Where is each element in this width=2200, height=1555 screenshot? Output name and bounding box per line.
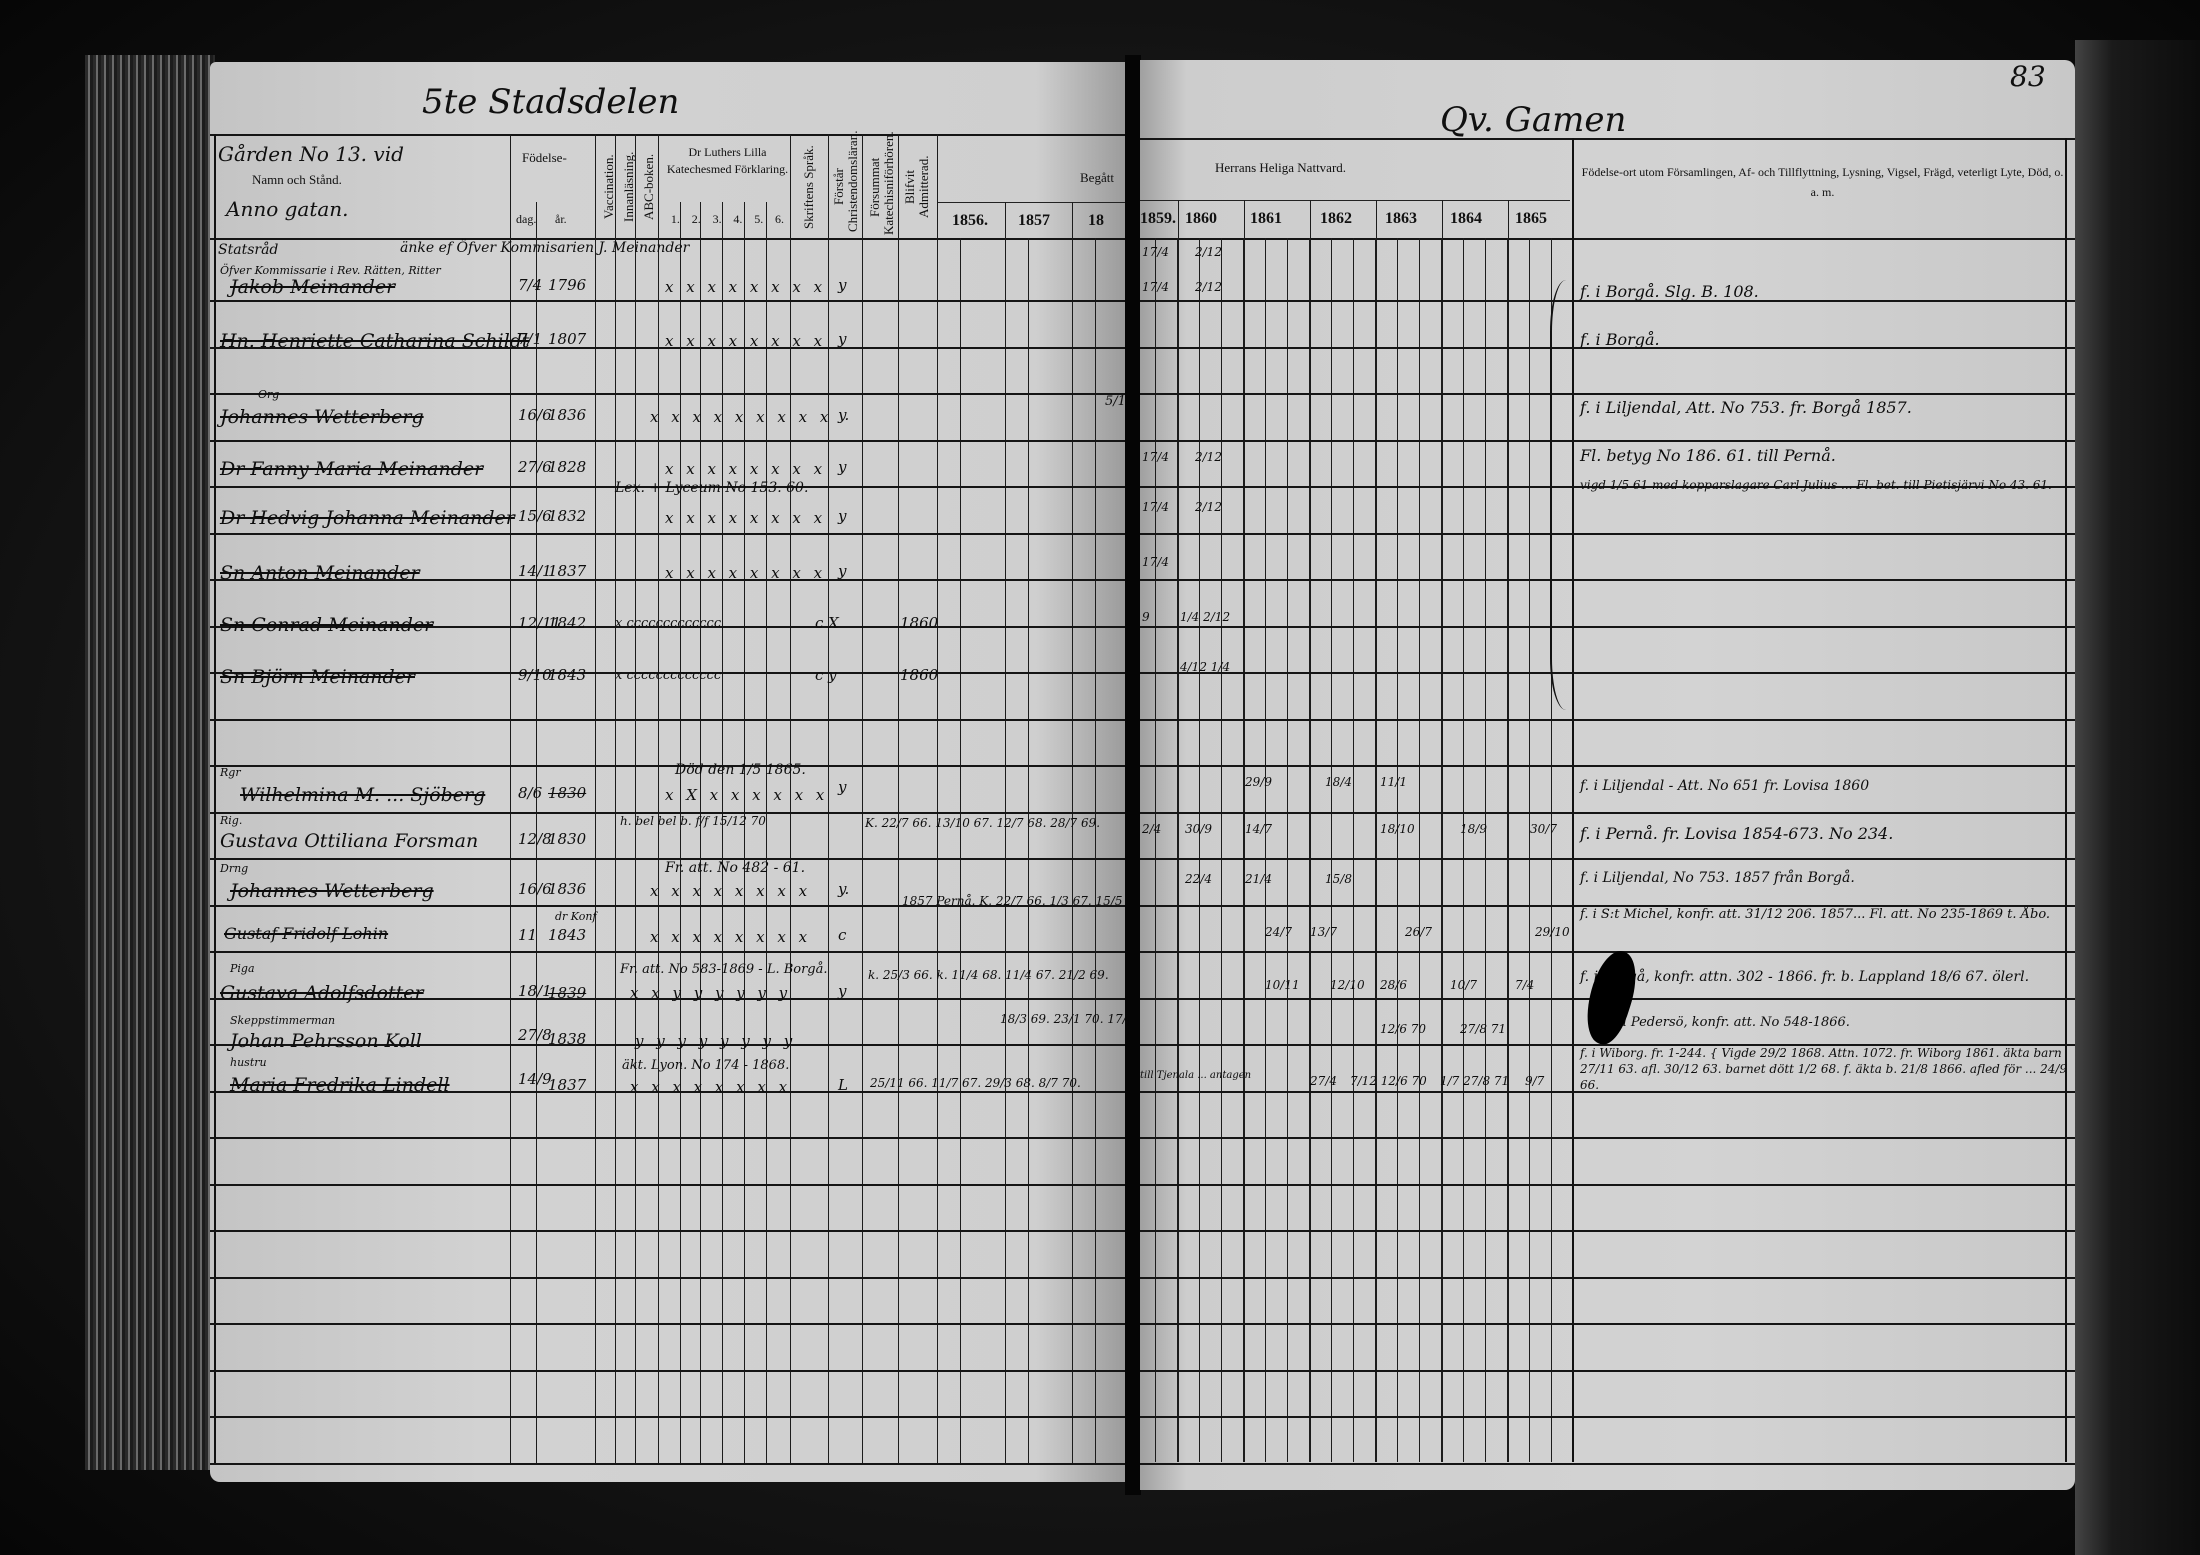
row-rule [1140,626,2075,628]
birth-year: 1807 [548,330,586,348]
communion-1859: till Tjenala ... antagen [1140,1070,1251,1081]
communion-1865: 9/7 [1525,1074,1544,1088]
communion-1863: 12/6 70 [1380,1022,1426,1036]
person-name: Dr Hedvig Johanna Meinander [220,507,515,529]
birth-day: 16/6 [518,880,552,898]
birth-day: 7/1 [518,330,542,348]
birth-year: 1838 [548,1030,586,1048]
person-name: Hn. Henriette Catharina Schildt [220,330,530,352]
year-1856: 1856. [952,212,988,230]
row-title: hustru [230,1056,267,1069]
row-rule [210,1463,1128,1465]
row-rule [210,719,1128,721]
catechism-part: 1. [671,212,680,227]
address-line2: Anno gatan. [226,197,349,221]
birth-year: 1842 [548,614,586,632]
scripture-mark: L [838,1076,848,1094]
grid-line [1376,200,1377,1462]
person-name: Johan Pehrsson Koll [230,1030,422,1052]
communion-1859: 17/4 [1142,245,1169,259]
grid-line [1005,202,1006,1464]
catechism-marks: x x x x x x x x [665,564,826,582]
page-number: 83 [2010,60,2046,93]
grid-line [2065,138,2067,1462]
communion-notes: K. 22/7 66. 13/10 67. 12/7 68. 28/7 69. [865,816,1100,830]
grid-line [1028,238,1029,1464]
scripture-mark: c [838,926,846,944]
row-note: änke ef Öfver Kommisarien J. Meinander [400,240,689,256]
remark: vigd 1/5 61 med kopparslagare Carl Juliu… [1580,478,2070,493]
communion-1864: 1/7 27/8 71 [1440,1074,1509,1088]
row-note: dr Konf [555,910,597,923]
scripture-mark: y. [838,880,849,898]
communion-1860: 2/12 [1195,280,1222,294]
name-column-header: Namn och Stånd. [252,172,342,188]
row-note: Lex. + Lyceum No 153. 60. [615,480,808,496]
catechism-marks: x x x x x x x x [630,1078,791,1096]
communion-1859: 17/4 [1142,500,1169,514]
person-name: Jakob Meinander [230,276,395,298]
right-section-title: Qv. Gamen [1440,100,1626,140]
grid-line [744,202,745,1464]
row-rule [210,393,1128,395]
catechism-marks: x ccccccccccccc [615,668,721,683]
communion-1860: 1/4 2/12 [1180,610,1230,624]
birth-day: 11 [518,926,537,944]
remark: f. i S:t Michel, konfr. att. 31/12 206. … [1580,906,2070,924]
communion-1863: 28/6 [1380,978,1407,992]
admitted-year: 1860 [900,614,938,632]
person-name: Johannes Wetterberg [230,880,434,902]
communion-1861: 14/7 [1245,822,1272,836]
grid-line [960,238,961,1464]
row-note: äkt. Lyon. No 174 - 1868. [622,1058,789,1073]
communion-1862: 13/7 [1310,925,1337,939]
book-spine [1125,55,1141,1495]
row-rule [210,1230,1128,1232]
person-name: Gustava Ottiliana Forsman [220,830,478,852]
communion-1864: 27/8 71 [1460,1022,1506,1036]
row-rule [1140,765,2075,767]
reading-header: Innanläsning. [622,142,636,232]
grid-line [1508,200,1509,1462]
communion-1859: 17/4 [1142,450,1169,464]
remark: Fl. betyg No 186. 61. till Pernå. [1580,446,1836,465]
birth-year: 1836 [548,406,586,424]
communion-1864: 10/7 [1450,978,1477,992]
right-page-edge [2075,40,2200,1555]
header-bottom-rule [1140,238,2075,240]
row-rule [1140,951,2075,953]
row-title: Drng [220,862,248,875]
scripture-mark: y. [838,406,849,424]
catechism-part: 4. [733,212,742,227]
birth-day: 15/6 [518,507,552,525]
catechism-marks: y y y y y y y y [635,1032,796,1050]
year-subheader-rule [937,202,1128,203]
birth-year: 1796 [548,276,586,294]
left-section-title: 5te Stadsdelen [422,82,679,122]
row-title: Skeppstimmerman [230,1014,335,1027]
birth-day: 14/1 [518,562,552,580]
communion-header: Herrans Heliga Nattvard. [1215,160,1346,176]
row-rule [210,440,1128,442]
scripture-mark: y [838,562,846,580]
row-title: Statsråd [218,242,278,258]
grid-line [937,134,938,1464]
catechism-marks: x x x x x x x x [665,278,826,296]
admitted-year: 1860 [900,666,938,684]
communion-1860: 2/12 [1195,450,1222,464]
row-note: Fr. att. No 583-1869 - L. Borgå. [620,962,828,977]
communion-1859: 17/4 [1142,280,1169,294]
remark: f. i Pedersö, konfr. att. No 548-1866. [1610,1015,1850,1030]
row-rule [1140,579,2075,581]
address-line1: Gården No 13. vid [218,142,404,166]
person-name: Wilhelmina M. ... Sjöberg [240,784,485,806]
person-name: Johannes Wetterberg [220,406,424,428]
year-1859: 1859. [1140,210,1176,228]
row-rule [210,765,1128,767]
year-1864: 1864 [1450,210,1482,228]
missed-catechism-header: Försummat Katechisniförhören. [868,140,896,235]
communion-notes: 1857 Pernå. K. 22/7 66. 1/3 67. 15/5 69. [902,894,1128,908]
row-rule [1140,1463,2075,1465]
year-1858: 18 [1088,212,1104,230]
year-1861: 1861 [1250,210,1282,228]
communion-1862: 18/4 [1325,775,1352,789]
row-rule [1140,1184,2075,1186]
grid-line [635,134,636,1464]
row-rule [210,533,1128,535]
remark: f. i Wiborg. fr. 1-244. { Vigde 29/2 186… [1580,1045,2070,1093]
right-page: Qv. Gamen 83 Herrans Heliga Nattvard. Fö… [1140,60,2075,1490]
remark: f. i Borgå, konfr. attn. 302 - 1866. fr.… [1580,968,2070,986]
communion-1861: 29/9 [1245,775,1272,789]
christianity-header: Förstår Christendomsläran. [832,142,860,232]
communion-1862: 12/10 [1330,978,1365,992]
scripture-mark: y [838,276,846,294]
row-rule [1140,672,2075,674]
communion-1860: 2/12 [1195,500,1222,514]
scripture-mark: y [838,458,846,476]
birth-day: 12/8 [518,830,552,848]
grid-line [214,134,216,1464]
grid-line [898,134,899,1464]
row-rule [210,1137,1128,1139]
birth-day: 8/6 [518,784,542,802]
birth-day: 16/6 [518,406,552,424]
communion-1863: 7/12 12/6 70 [1350,1074,1427,1088]
communion-1865: 30/7 [1530,822,1557,836]
communion-1863: 11/1 [1380,775,1407,789]
remark: f. i Borgå. Slg. B. 108. [1580,282,1759,301]
remark: f. i Liljendal - Att. No 651 fr. Lovisa … [1580,778,1869,794]
birth-year: 1843 [548,666,586,684]
left-page: 5te Stadsdelen Gården No 13. vid Namn oc… [210,62,1128,1482]
communion-notes: 25/11 66. 11/7 67. 29/3 68. 8/7 70. [870,1076,1081,1090]
grid-line [615,134,616,1464]
catechism-marks: x ccccccccccccc [615,616,721,631]
scripture-mark: y [838,982,846,1000]
catechism-part: 5. [754,212,763,227]
row-rule [1140,1416,2075,1418]
row-rule [1140,1323,2075,1325]
birth-year: 1830 [548,784,586,802]
birth-day: 9/10 [518,666,552,684]
grid-line [766,202,767,1464]
communion-1859: 9 [1142,610,1150,624]
catechism-part: 6. [775,212,784,227]
person-name: Dr Fanny Maria Meinander [220,458,483,480]
remarks-header: Födelse-ort utom Församlingen, Af- och T… [1580,162,2065,202]
remark: f. i Liljendal, Att. No 753. fr. Borgå 1… [1580,398,1912,417]
row-rule [1140,1277,2075,1279]
admitted-header: Blifvit Admitterad. [903,142,931,232]
year-1857: 1857 [1018,212,1050,230]
remark: f. i Pernå. fr. Lovisa 1854-673. No 234. [1580,824,1893,843]
birth-day: 18/1 [518,982,552,1000]
grid-line [1178,200,1179,1462]
row-rule [1140,1137,2075,1139]
person-name: Gustava Adolfsdotter [220,982,424,1004]
row-rule [1140,812,2075,814]
remark: f. i Liljendal, No 753. 1857 från Borgå. [1580,870,1855,886]
grid-line [862,134,863,1464]
scripture-mark: y [838,507,846,525]
row-title: Rig. [220,814,242,827]
row-rule [210,1416,1128,1418]
person-name: Sn Björn Meinander [220,666,415,688]
row-rule [210,300,1128,302]
catechism-marks: x X x x x x x x [665,786,828,804]
communion-1862: 15/8 [1325,872,1352,886]
grid-line [1310,200,1311,1462]
communion-1859: 2/4 [1142,822,1161,836]
communion-notes: k. 25/3 66. k. 11/4 68. 11/4 67. 21/2 69… [868,968,1109,982]
scripture-mark: y [838,778,846,796]
communion-1860: 22/4 [1185,872,1212,886]
row-rule [1140,719,2075,721]
birth-day-header: dag. [516,212,536,227]
scripture-header: Skriftens Språk. [802,142,816,232]
grid-line [1072,202,1073,1464]
catechism-marks: x x x x x x x x [665,509,826,527]
birth-year: 1828 [548,458,586,476]
communion-1860: 4/12 1/4 [1180,660,1230,674]
birth-year: 1837 [548,562,586,580]
year-1863: 1863 [1385,210,1417,228]
abc-header: ABC-boken. [642,142,656,232]
remark: f. i Borgå. [1580,330,1660,349]
catechism-marks: h. bel bel b. f/f 15/12 70 [620,814,766,828]
row-rule [210,1370,1128,1372]
person-name: Sn Conrad Meinander [220,614,433,636]
row-rule [210,1184,1128,1186]
communion-1863: 18/10 [1380,822,1415,836]
year-1860: 1860 [1185,210,1217,228]
row-rule [1140,1370,2075,1372]
birth-year: 1843 [548,926,586,944]
birth-day: 14/9 [518,1070,552,1088]
person-name: Maria Fredrika Lindell [230,1074,450,1096]
grid-line [595,134,596,1464]
header-top-rule [1140,138,2075,140]
communion-1863: 26/7 [1405,925,1432,939]
row-note: Död den 1/5 1865. [675,762,806,778]
catechism-marks: x x x x x x x x x [650,408,832,426]
scripture-mark: c y [815,666,837,684]
row-rule [210,951,1128,953]
grid-line [722,202,723,1464]
person-name: Gustaf Fridolf Lohin [224,924,388,943]
year-1862: 1862 [1320,210,1352,228]
row-title: Org [258,388,279,401]
birth-day: 7/4 [518,276,542,294]
catechism-marks: x x x x x x x x [650,928,811,946]
vaccination-header: Vaccination. [602,142,616,232]
person-name: Sn Anton Meinander [220,562,420,584]
birth-year: 1832 [548,507,586,525]
catechism-parts: 1. 2. 3. 4. 5. 6. [665,212,790,227]
birth-day: 27/8 [518,1026,552,1044]
family-bracket [1550,280,1582,710]
catechism-header: Dr Luthers Lilla Katechesmed Förklaring. [665,144,790,178]
row-note: Fr. att. No 482 - 61. [665,860,805,876]
communion-1862: 27/4 [1310,1074,1337,1088]
birth-day: 27/6 [518,458,552,476]
grid-line [680,202,681,1464]
birth-year: 1837 [548,1076,586,1094]
row-rule [210,1323,1128,1325]
communion-1859: 17/4 [1142,555,1169,569]
row-title: Rgr [220,766,241,779]
communion-notes: 18/3 69. 23/1 70. 17/5 68. [1000,1012,1128,1026]
communion-1861: 10/11 [1265,978,1300,992]
row-rule [1140,393,2075,395]
row-rule [1140,1230,2075,1232]
grid-line [700,202,701,1464]
communion-1864: 18/9 [1460,822,1487,836]
communion-begatt-header: Begått [1080,170,1114,186]
birth-header: Födelse- [522,150,567,166]
year-subheader-rule [1140,200,1570,201]
communion-1865: 7/4 [1515,978,1534,992]
grid-line [658,134,659,1464]
communion-1865: 29/10 [1535,925,1570,939]
row-rule [1140,533,2075,535]
catechism-marks: x x x x x x x x [665,460,826,478]
row-rule [1140,858,2075,860]
catechism-marks: x x y y y y y y [630,984,791,1002]
birth-year: 1830 [548,830,586,848]
grid-line [1095,238,1096,1464]
catechism-marks: x x x x x x x x [665,332,826,350]
catechism-marks: x x x x x x x x [650,882,811,900]
birth-year-header: år. [555,212,567,227]
birth-year: 1839 [548,984,586,1002]
communion-1861: 24/7 [1265,925,1292,939]
scripture-mark: y [838,330,846,348]
catechism-part: 3. [713,212,722,227]
book-page-edges [85,55,215,1470]
communion-1861: 21/4 [1245,872,1272,886]
header-top-rule [210,134,1128,136]
row-rule [210,1277,1128,1279]
grid-line [1442,200,1443,1462]
scripture-mark: c X [815,614,839,632]
birth-year: 1836 [548,880,586,898]
year-1865: 1865 [1515,210,1547,228]
communion-1860: 30/9 [1185,822,1212,836]
communion-1860: 2/12 [1195,245,1222,259]
row-rule [1140,440,2075,442]
row-title: Piga [230,962,255,975]
